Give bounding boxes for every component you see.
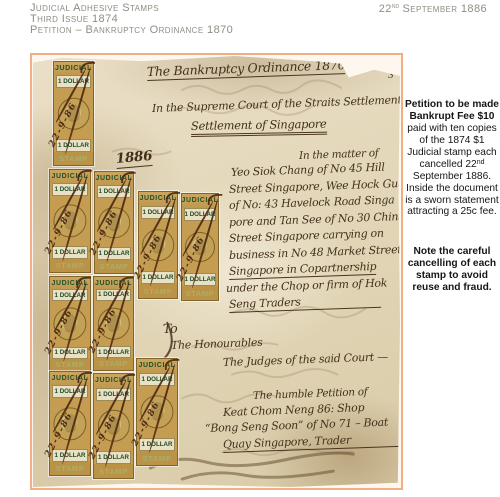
- annotation-petition-fee: Petition to be made Bankrupt Fee $10 pai…: [404, 99, 500, 218]
- manuscript-line: In the matter of: [299, 147, 379, 162]
- judicial-stamp: JUDICIAL 1 DOLLAR 1 DOLLAR STAMP 22-9-86: [138, 191, 178, 299]
- manuscript-heading: The Bankruptcy Ordinance 1870: [147, 57, 346, 81]
- date-caption: 22nd September 1886: [379, 3, 487, 15]
- manuscript-line: In the Supreme Court of the Straits Sett…: [152, 93, 407, 115]
- stamp-denomination-label: 1 DOLLAR: [56, 139, 91, 152]
- stamp-footer-label: STAMP: [95, 260, 133, 273]
- title-line-3: Petition – Bankruptcy Ordinance 1870: [30, 25, 233, 36]
- exhibit-page: Judicial Adhesive Stamps Third Issue 187…: [0, 0, 500, 497]
- manuscript-line: Settlement of Singapore: [191, 117, 327, 137]
- annotation-bold-lead: Petition to be made Bankrupt Fee $10: [405, 99, 499, 122]
- date-ordinal: nd: [392, 3, 399, 10]
- annotation-cancelling-note: Note the careful cancelling of each stam…: [404, 246, 500, 294]
- stamp-footer-label: STAMP: [139, 284, 177, 298]
- manuscript-line: Street Singapore carrying on: [229, 227, 384, 245]
- stamp-footer-label: STAMP: [137, 451, 177, 465]
- petition-document: JUDICIAL 1 DOLLAR 1 DOLLAR STAMP 22-9-86…: [33, 56, 400, 487]
- stamp-denomination-label: 1 DOLLAR: [97, 247, 131, 260]
- judicial-stamp: JUDICIAL 1 DOLLAR 1 DOLLAR STAMP 22-9-86: [181, 193, 219, 301]
- document-frame: JUDICIAL 1 DOLLAR 1 DOLLAR STAMP 22-9-86…: [30, 53, 403, 490]
- judicial-stamp: JUDICIAL 1 DOLLAR 1 DOLLAR STAMP 22-9-86: [53, 61, 94, 166]
- judicial-stamp: JUDICIAL 1 DOLLAR 1 DOLLAR STAMP 22-9-86: [94, 171, 134, 274]
- stamp-footer-label: STAMP: [94, 358, 133, 370]
- annotation-ordinal: nd: [477, 159, 485, 166]
- judicial-stamp: JUDICIAL 1 DOLLAR 1 DOLLAR STAMP 22-9-86: [49, 169, 91, 273]
- manuscript-line: Quay Singapore, Trader: [223, 431, 411, 453]
- stamp-footer-label: STAMP: [50, 259, 90, 272]
- judicial-stamp: JUDICIAL 1 DOLLAR 1 DOLLAR STAMP 22-9-86: [93, 373, 134, 479]
- stamp-denomination-label: 1 DOLLAR: [52, 347, 88, 359]
- stamp-footer-label: STAMP: [50, 359, 90, 371]
- stamp-denomination-label: 1 DOLLAR: [139, 438, 175, 451]
- date-rest: September 1886: [399, 3, 487, 15]
- stamp-denomination-label: 1 DOLLAR: [52, 449, 88, 462]
- stamp-footer-label: STAMP: [54, 152, 93, 165]
- stamp-denomination-label: 1 DOLLAR: [96, 346, 131, 358]
- stamp-denomination-label: 1 DOLLAR: [96, 451, 131, 464]
- manuscript-line: Yeo Siok Chang of No 45 Hill: [231, 161, 385, 179]
- judicial-stamp: JUDICIAL 1 DOLLAR 1 DOLLAR STAMP 22-9-86: [93, 276, 134, 371]
- manuscript-year-note: 1886: [115, 148, 153, 169]
- page-title: Judicial Adhesive Stamps Third Issue 187…: [30, 3, 233, 35]
- stamp-denomination-label: 1 DOLLAR: [52, 246, 88, 259]
- judicial-stamp: JUDICIAL 1 DOLLAR 1 DOLLAR STAMP 22-9-86: [136, 358, 178, 466]
- manuscript-salutation: To: [163, 321, 178, 336]
- stamp-footer-label: STAMP: [182, 286, 218, 300]
- annotation-text: September 1886. Inside the document is a…: [405, 171, 498, 218]
- manuscript-page-mark: 3: [388, 71, 394, 81]
- stamp-denomination-label: 1 DOLLAR: [184, 273, 216, 286]
- manuscript-line: The Judges of the said Court —: [223, 350, 388, 369]
- manuscript-line: of No: 43 Havelock Road Singa: [229, 193, 395, 212]
- date-day: 22: [379, 3, 392, 15]
- judicial-stamp: JUDICIAL 1 DOLLAR 1 DOLLAR STAMP 22-9-86: [49, 276, 91, 372]
- manuscript-line: Seng Traders: [229, 293, 381, 313]
- manuscript-line: The humble Petition of: [253, 386, 368, 402]
- stamp-footer-label: STAMP: [94, 464, 133, 478]
- title-line-2: Third Issue 1874: [30, 14, 233, 25]
- stamp-denomination-label: 1 DOLLAR: [141, 271, 175, 284]
- manuscript-line: The Honourables: [171, 336, 263, 352]
- stamp-footer-label: STAMP: [50, 462, 90, 475]
- judicial-stamp: JUDICIAL 1 DOLLAR 1 DOLLAR STAMP 22-9-86: [49, 371, 91, 476]
